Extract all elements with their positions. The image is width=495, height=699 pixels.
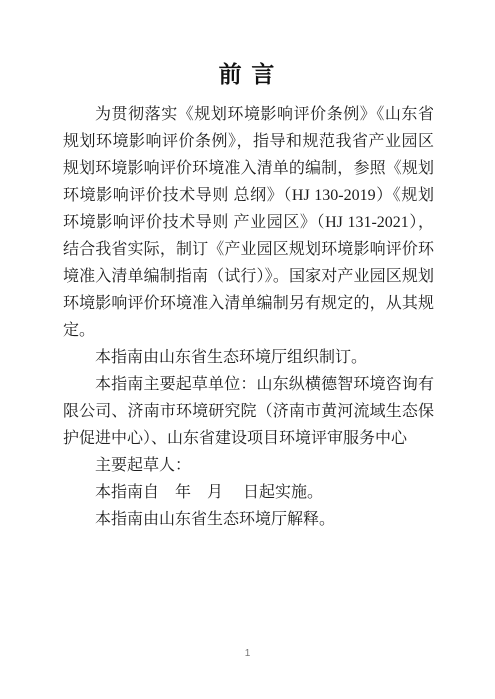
paragraph-organizer: 本指南由山东省生态环境厅组织制订。	[63, 344, 434, 371]
page-number: 1	[0, 648, 495, 659]
paragraph-main-drafters: 主要起草人：	[63, 452, 434, 479]
paragraph-effective-date: 本指南自 年 月 日起实施。	[63, 479, 434, 506]
paragraph-interpretation: 本指南由山东省生态环境厅解释。	[63, 506, 434, 533]
paragraph-intro: 为贯彻落实《规划环境影响评价条例》《山东省规划环境影响评价条例》，指导和规范我省…	[63, 101, 434, 344]
page-title: 前 言	[0, 56, 495, 89]
document-page: 前 言 为贯彻落实《规划环境影响评价条例》《山东省规划环境影响评价条例》，指导和…	[0, 0, 495, 699]
paragraph-drafting-units: 本指南主要起草单位：山东纵横德智环境咨询有限公司、济南市环境研究院（济南市黄河流…	[63, 371, 434, 452]
document-body: 为贯彻落实《规划环境影响评价条例》《山东省规划环境影响评价条例》，指导和规范我省…	[63, 101, 434, 533]
